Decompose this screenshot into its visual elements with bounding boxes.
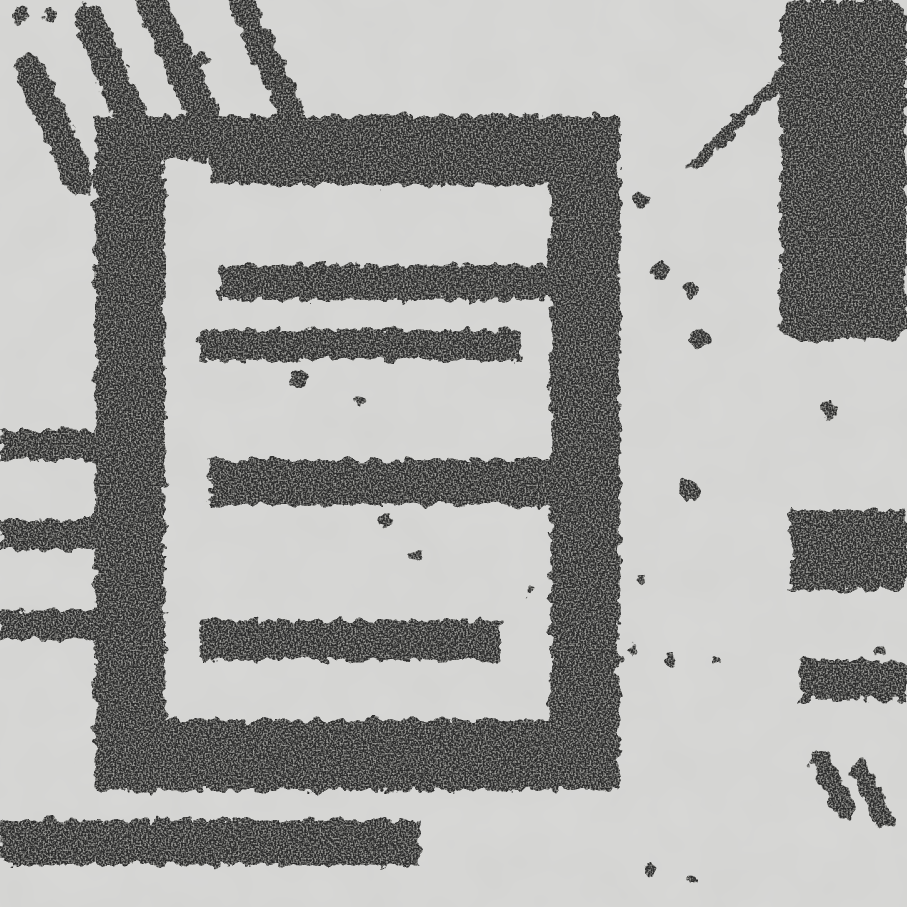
texture-dot — [680, 480, 700, 500]
texture-dot — [192, 52, 208, 68]
texture-dot — [682, 282, 698, 298]
texture-bar — [210, 145, 610, 185]
texture-dot — [525, 585, 535, 595]
right-texture-mass — [780, 0, 907, 340]
texture-bar — [0, 610, 120, 640]
abstract-texture-artwork — [0, 0, 907, 907]
frame-left — [95, 145, 165, 790]
texture-bar — [200, 620, 500, 660]
texture-bar — [200, 330, 520, 360]
texture-dot — [13, 8, 27, 22]
texture-bar — [790, 510, 907, 590]
texture-dot — [354, 394, 366, 406]
frame-bottom — [95, 720, 620, 790]
texture-dot — [685, 875, 695, 885]
texture-dot — [409, 549, 421, 561]
texture-bar — [0, 430, 120, 460]
texture-dot — [266, 131, 284, 149]
texture-dot — [651, 261, 669, 279]
texture-dot — [624, 644, 636, 656]
texture-dot — [44, 9, 56, 21]
texture-bar — [0, 820, 420, 865]
texture-dot — [822, 402, 838, 418]
texture-dot — [875, 645, 885, 655]
texture-dot — [292, 372, 308, 388]
texture-dot — [690, 330, 710, 350]
texture-dot — [534, 494, 546, 506]
texture-bar — [210, 460, 570, 505]
texture-dot — [644, 864, 656, 876]
texture-bar — [0, 520, 110, 550]
texture-bar — [220, 265, 580, 300]
texture-bar — [800, 660, 907, 700]
texture-dot — [665, 655, 675, 665]
texture-dot — [711, 656, 719, 664]
texture-dot — [632, 192, 648, 208]
texture-dot — [378, 513, 392, 527]
texture-dot — [635, 575, 645, 585]
texture-image — [0, 0, 907, 907]
